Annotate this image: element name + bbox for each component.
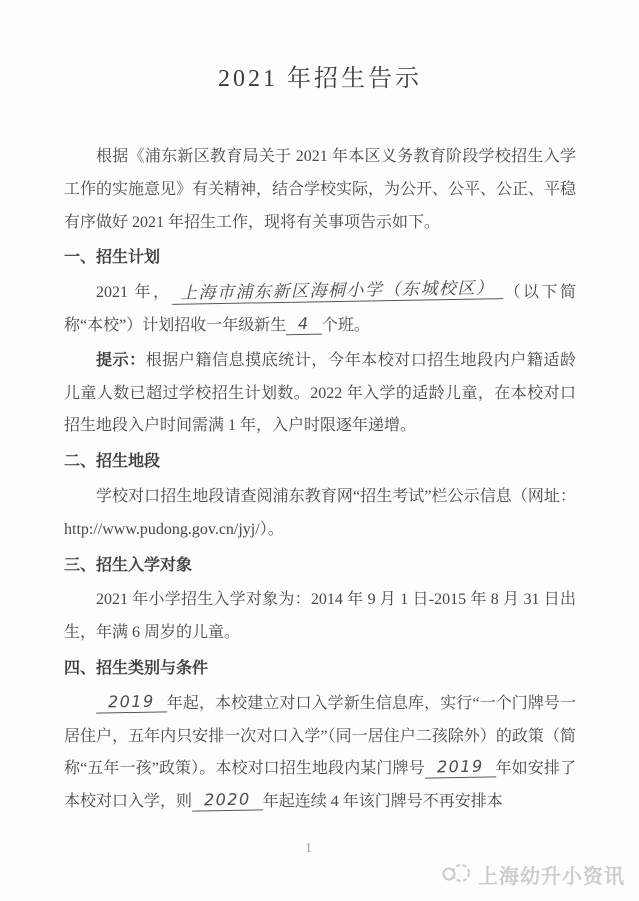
scanned-notice-page: 2021 年招生告示 根据《浦东新区教育局关于 2021 年本区义务教育阶段学校… xyxy=(0,0,639,901)
plan-prefix-text: 2021 年， xyxy=(96,284,172,301)
plan-suffix-text: 个班。 xyxy=(322,317,370,334)
section1-plan-line: 2021 年，上海市浦东新区海桐小学（东城校区）（以下简称“本校”）计划招收一年… xyxy=(64,277,576,343)
section2-heading: 二、招生地段 xyxy=(64,446,576,479)
page-title: 2021 年招生告示 xyxy=(64,58,576,93)
class-count-handwritten-fill: 4 xyxy=(286,314,322,336)
section4-body-part3: 年起连续 4 年该门牌号不再安排本 xyxy=(263,793,503,810)
year-next-handwritten-fill: 2020 xyxy=(192,790,263,812)
section1-tip-paragraph: 提示：根据户籍信息摸底统计，今年本校对口招生地段内户籍适龄儿童人数已超过学校招生… xyxy=(64,345,576,443)
year-assigned-handwritten-fill: 2019 xyxy=(425,757,496,779)
watermark-logo-icon xyxy=(440,862,472,888)
school-name-handwritten-fill: 上海市浦东新区海桐小学（东城校区） xyxy=(171,278,502,305)
watermark: 上海幼升小资讯 xyxy=(440,860,625,889)
section4-heading: 四、招生类别与条件 xyxy=(64,653,576,686)
section4-body: 2019年起，本校建立对口入学新生信息库，实行“一个门牌号一居住户，五年内只安排… xyxy=(64,688,576,819)
tip-label: 提示： xyxy=(96,352,146,369)
section1-heading: 一、招生计划 xyxy=(64,242,576,275)
section3-body: 2021 年小学招生入学对象为：2014 年 9 月 1 日-2015 年 8 … xyxy=(64,584,576,650)
intro-paragraph: 根据《浦东新区教育局关于 2021 年本区义务教育阶段学校招生入学工作的实施意见… xyxy=(64,141,576,239)
section2-body: 学校对口招生地段请查阅浦东教育网“招生考试”栏公示信息（网址：http://ww… xyxy=(64,481,576,547)
year-start-handwritten-fill: 2019 xyxy=(96,691,167,713)
page-number: 1 xyxy=(0,841,617,857)
page-content: 2021 年招生告示 根据《浦东新区教育局关于 2021 年本区义务教育阶段学校… xyxy=(0,0,639,819)
watermark-label: 上海幼升小资讯 xyxy=(478,860,625,889)
section3-heading: 三、招生入学对象 xyxy=(64,550,576,583)
